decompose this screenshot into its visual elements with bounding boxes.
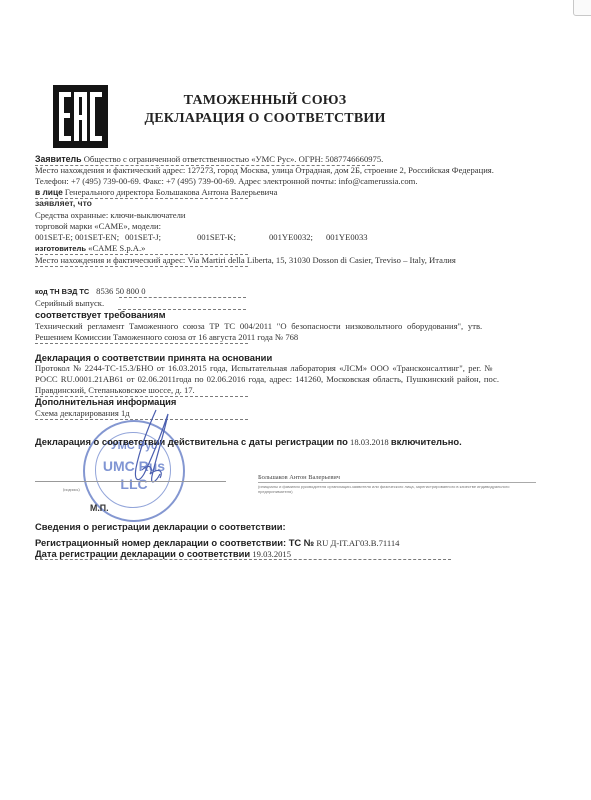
model-item: 001YE0033 xyxy=(326,232,368,242)
model-item: 001SET-E; xyxy=(35,232,75,243)
signer-name-line xyxy=(258,482,536,483)
model-item: 001SET-EN; xyxy=(75,232,125,243)
validity-prefix: Декларация о соответствии действительна … xyxy=(35,436,348,447)
validity-row: Декларация о соответствии действительна … xyxy=(35,436,462,448)
basis-line1: Протокол № 2244-ТС-15.3/БНО от 16.03.201… xyxy=(35,363,493,374)
models-list: 001SET-E;001SET-EN;001SET-J;001SET-K;001… xyxy=(35,232,435,243)
divider xyxy=(35,559,451,560)
document-title: ТАМОЖЕННЫЙ СОЮЗ ДЕКЛАРАЦИЯ О СООТВЕТСТВИ… xyxy=(130,92,400,128)
code-label: код ТН ВЭД ТС xyxy=(35,286,94,297)
registration-date-value: 19.03.2015 xyxy=(252,549,291,559)
registration-date-label: Дата регистрации декларации о соответств… xyxy=(35,548,250,559)
compliance-line1: Технический регламент Таможенного союза … xyxy=(35,321,482,332)
signature-caption: (подпись) xyxy=(63,484,80,495)
model-item: 001SET-K; xyxy=(197,232,269,243)
code-value: 8536 50 800 0 xyxy=(96,286,145,296)
basis-line3: Правдинский, Степаньковское шоссе, д. 17… xyxy=(35,385,195,396)
represented-by: Генерального директора Большакова Антона… xyxy=(65,187,277,197)
page-corner-widget xyxy=(573,0,591,16)
divider xyxy=(35,266,248,267)
basis-label: Декларация о соответствии принята на осн… xyxy=(35,352,272,363)
registration-number-label: Регистрационный номер декларации о соотв… xyxy=(35,537,314,548)
manufacturer-name: «CAME S.p.A.» xyxy=(88,243,145,253)
applicant-label: Заявитель xyxy=(35,154,82,164)
applicant-name: Общество с ограниченной ответственностью… xyxy=(84,154,384,164)
title-declaration: ДЕКЛАРАЦИЯ О СООТВЕТСТВИИ xyxy=(130,110,400,128)
divider xyxy=(119,297,246,298)
declares-label: заявляет, что xyxy=(35,198,92,209)
applicant-address: Место нахождения и фактический адрес: 12… xyxy=(35,165,494,176)
validity-date: 18.03.2018 xyxy=(350,437,389,447)
manufacturer-label: изготовитель xyxy=(35,244,86,253)
signature-line xyxy=(35,481,226,482)
registration-number-value: RU Д-IT.АГ03.В.71114 xyxy=(316,538,399,548)
handwritten-signature xyxy=(120,408,180,508)
divider xyxy=(35,343,248,344)
manufacturer-row: изготовитель «CAME S.p.A.» xyxy=(35,243,145,254)
validity-suffix: включительно. xyxy=(391,436,462,447)
compliance-label: соответствует требованиям xyxy=(35,309,166,320)
manufacturer-address: Место нахождения и фактический адрес: Vi… xyxy=(35,255,456,266)
code-row: код ТН ВЭД ТС 8536 50 800 0 xyxy=(35,286,146,297)
product-description: Средства охранные: ключи-выключатели xyxy=(35,210,186,221)
serial-release: Серийный выпуск. xyxy=(35,298,104,309)
eac-mark-icon xyxy=(53,85,108,148)
represented-label: в лице xyxy=(35,187,63,197)
additional-text: Схема декларирования 1д xyxy=(35,408,130,419)
brand-line: торговой марки «CAME», модели: xyxy=(35,221,161,232)
eac-logo xyxy=(53,85,108,148)
compliance-line2: Решением Комиссии Таможенного союза от 1… xyxy=(35,332,298,343)
model-item: 001YE0032; xyxy=(269,232,326,243)
basis-line2: РОСС RU.0001.21АВ61 от 02.06.2011года по… xyxy=(35,374,499,385)
stamp-place-label: М.П. xyxy=(90,503,109,514)
represented-row: в лице Генерального директора Большакова… xyxy=(35,187,375,198)
title-customs-union: ТАМОЖЕННЫЙ СОЮЗ xyxy=(130,92,400,110)
model-item: 001SET-J; xyxy=(125,232,197,243)
additional-label: Дополнительная информация xyxy=(35,396,176,407)
applicant-contacts: Телефон: +7 (495) 739-00-69. Факс: +7 (4… xyxy=(35,176,418,187)
signer-caption: (инициалы и фамилия руководителя организ… xyxy=(258,484,538,494)
registration-heading: Сведения о регистрации декларации о соот… xyxy=(35,521,286,532)
